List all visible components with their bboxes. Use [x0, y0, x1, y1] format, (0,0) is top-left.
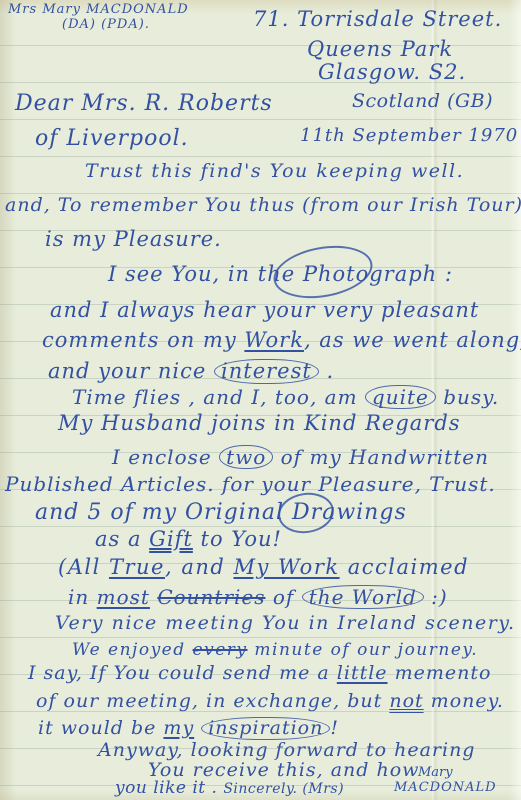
text-segment: I say, If You could send me a — [28, 662, 337, 684]
text-segment: in — [68, 585, 97, 609]
letter-page: Mrs Mary MACDONALD (DA) (PDA). 71. Torri… — [0, 0, 521, 800]
body-line: I say, If You could send me a little mem… — [28, 663, 491, 684]
body-line: We enjoyed every minute of our journey. — [72, 641, 478, 660]
text-segment — [194, 717, 201, 739]
text-segment: and your nice — [48, 359, 214, 383]
text-segment: : — [437, 262, 453, 286]
text-segment: I see You, in the — [108, 262, 303, 286]
salutation-line-2: of Liverpool. — [35, 127, 189, 151]
text-segment: I enclose — [112, 445, 219, 469]
body-line: I see You, in the Photograph : — [108, 263, 453, 286]
address-line-3: Glasgow. S2. — [318, 61, 466, 84]
underlined-word: my — [163, 717, 194, 739]
body-line: (All True, and My Work acclaimed — [58, 556, 469, 579]
struck-word: Countries — [157, 585, 265, 609]
double-underlined-word: not — [389, 690, 423, 712]
text-segment: money. — [424, 690, 504, 712]
text-segment: ! — [330, 717, 339, 739]
text-segment: as a — [95, 527, 149, 551]
underlined-word: True — [109, 555, 165, 579]
body-line: Time flies , and I, too, am quite busy. — [72, 385, 499, 409]
address-line-2: Queens Park — [307, 38, 453, 61]
body-line: Very nice meeting You in Ireland scenery… — [55, 613, 516, 634]
text-segment: (All — [58, 555, 109, 579]
text-segment: acclaimed — [340, 555, 469, 579]
closing-line: you like it . Sincerely. (Mrs) — [115, 779, 344, 798]
signature-surname: MACDONALD — [394, 781, 497, 795]
underlined-word: Work — [244, 328, 304, 352]
text-segment: of my Handwritten — [273, 445, 489, 469]
body-line: Published Articles. for your Pleasure, T… — [5, 473, 496, 495]
underlined-word: My Work — [233, 555, 339, 579]
closing-sincerely: Sincerely. (Mrs) — [223, 781, 344, 797]
text-segment: of our meeting, in exchange, but — [36, 690, 389, 712]
underlined-word: most — [97, 585, 150, 609]
body-line: I enclose two of my Handwritten — [112, 445, 489, 469]
text-segment: memento — [388, 662, 492, 684]
flourished-word: Drawings — [292, 501, 407, 525]
circled-word: inspiration — [201, 717, 330, 740]
body-line: it would be my inspiration! — [38, 717, 339, 740]
underlined-word: little — [337, 662, 388, 684]
text-segment: comments on my — [42, 328, 244, 352]
text-segment: to You! — [193, 527, 282, 551]
text-segment: :) — [424, 585, 448, 609]
body-line: and, To remember You thus (from our Iris… — [5, 195, 521, 216]
sender-credentials: (DA) (PDA). — [62, 18, 150, 32]
text-segment: you like it . — [115, 778, 223, 798]
body-line: comments on my Work, as we went along; — [42, 329, 521, 352]
address-line-4: Scotland (GB) — [352, 91, 493, 112]
body-line: and I always hear your very pleasant — [50, 299, 479, 322]
text-segment: . — [319, 359, 334, 383]
address-line-1: 71. Torrisdale Street. — [253, 8, 502, 31]
text-segment: and 5 of my Original — [35, 500, 292, 525]
text-segment: it would be — [38, 717, 163, 739]
text-segment: We enjoyed — [72, 640, 193, 660]
body-line: Trust this find's You keeping well. — [85, 161, 464, 182]
body-line: of our meeting, in exchange, but not mon… — [36, 691, 504, 712]
body-line: in most Countries of the World :) — [68, 585, 448, 609]
circled-word: the World — [302, 585, 424, 609]
salutation-line-1: Dear Mrs. R. Roberts — [15, 92, 273, 116]
body-line: and 5 of my Original Drawings — [35, 501, 407, 525]
circled-word: interest — [214, 359, 319, 384]
flourished-word: Photograph — [303, 263, 437, 286]
double-underlined-word: Gift — [149, 527, 193, 551]
struck-word: every — [193, 640, 248, 660]
body-line: Anyway, looking forward to hearing — [98, 740, 475, 761]
body-line: My Husband joins in Kind Regards — [58, 412, 461, 435]
date-line: 11th September 1970 — [300, 126, 518, 146]
body-line: as a Gift to You! — [95, 528, 282, 551]
text-segment: minute of our journey. — [248, 640, 479, 660]
body-line: and your nice interest . — [48, 359, 334, 384]
text-segment: of — [266, 585, 302, 609]
text-segment: , as we went along; — [304, 328, 521, 352]
signature-first-name: Mary — [418, 766, 453, 780]
sender-name: Mrs Mary MACDONALD — [8, 3, 189, 17]
text-segment: , and — [165, 555, 234, 579]
text-segment: Time flies , and I, too, am — [72, 385, 365, 409]
circled-word: two — [219, 445, 273, 469]
text-segment: busy. — [436, 385, 499, 409]
body-line: is my Pleasure. — [45, 228, 222, 251]
circled-word: quite — [365, 385, 436, 409]
